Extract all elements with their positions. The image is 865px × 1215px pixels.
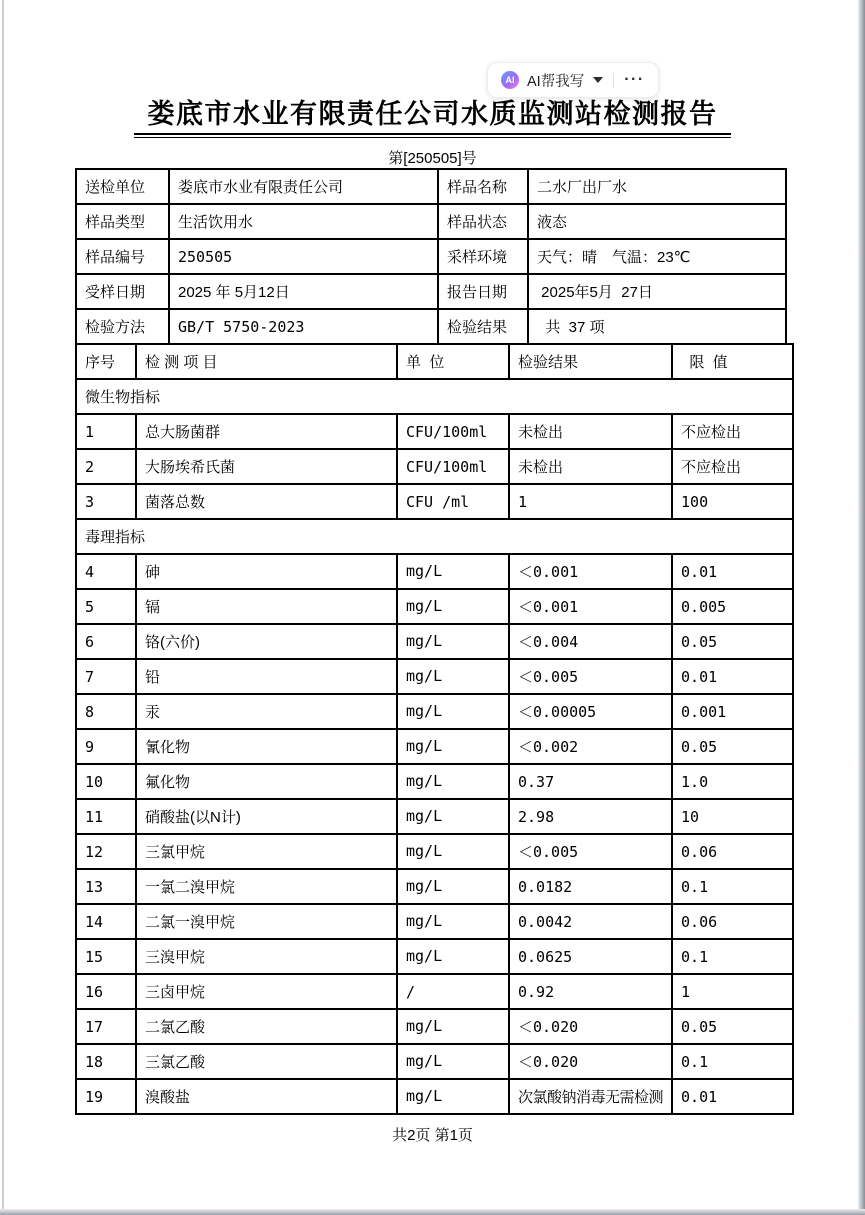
row-number: 5 [76,589,136,624]
info-value: 生活饮用水 [169,204,438,239]
unit: CFU /ml [397,484,509,519]
test-result: ＜0.005 [509,659,672,694]
limit-value: 0.005 [672,589,793,624]
chevron-down-icon[interactable] [593,77,603,83]
item-name: 汞 [136,694,397,729]
info-value: 液态 [528,204,786,239]
limit-value: 1.0 [672,764,793,799]
row-number: 17 [76,1009,136,1044]
result-row: 10氟化物mg/L0.371.0 [76,764,793,799]
unit: mg/L [397,589,509,624]
unit: mg/L [397,554,509,589]
result-row: 13一氯二溴甲烷mg/L0.01820.1 [76,869,793,904]
row-number: 7 [76,659,136,694]
unit: CFU/100ml [397,449,509,484]
info-value: 2025 年 5月12日 [169,274,438,309]
unit: mg/L [397,659,509,694]
item-name: 镉 [136,589,397,624]
test-result: 0.0182 [509,869,672,904]
title-underline [134,133,731,138]
result-row: 1总大肠菌群CFU/100ml未检出不应检出 [76,414,793,449]
section-title: 毒理指标 [76,519,793,554]
limit-value: 0.001 [672,694,793,729]
item-name: 铬(六价) [136,624,397,659]
info-value: 250505 [169,239,438,274]
info-label: 采样环境 [438,239,528,274]
row-number: 11 [76,799,136,834]
row-number: 9 [76,729,136,764]
unit: mg/L [397,869,509,904]
limit-value: 1 [672,974,793,1009]
row-number: 13 [76,869,136,904]
item-name: 溴酸盐 [136,1079,397,1114]
result-row: 4砷mg/L＜0.0010.01 [76,554,793,589]
result-row: 7铅mg/L＜0.0050.01 [76,659,793,694]
result-row: 6铬(六价)mg/L＜0.0040.05 [76,624,793,659]
report-number: 第[250505]号 [0,147,865,168]
row-number: 6 [76,624,136,659]
info-label: 送检单位 [76,169,169,204]
limit-value: 0.1 [672,939,793,974]
test-result: ＜0.002 [509,729,672,764]
test-result: 0.37 [509,764,672,799]
test-result: 0.92 [509,974,672,1009]
info-value: 娄底市水业有限责任公司 [169,169,438,204]
page-edge-left [2,0,4,1215]
row-number: 19 [76,1079,136,1114]
row-number: 10 [76,764,136,799]
result-row: 18三氯乙酸mg/L＜0.0200.1 [76,1044,793,1079]
result-row: 5镉mg/L＜0.0010.005 [76,589,793,624]
item-name: 氟化物 [136,764,397,799]
row-number: 3 [76,484,136,519]
limit-value: 0.05 [672,1009,793,1044]
test-result: ＜0.001 [509,589,672,624]
unit: mg/L [397,694,509,729]
info-label: 受样日期 [76,274,169,309]
results-header-row: 序号检 测 项 目单 位检验结果 限 值 [76,344,793,379]
unit: mg/L [397,1009,509,1044]
info-value: 共 37 项 [528,309,786,344]
limit-value: 10 [672,799,793,834]
test-result: ＜0.005 [509,834,672,869]
test-result: ＜0.020 [509,1009,672,1044]
test-result: 0.0625 [509,939,672,974]
test-result: ＜0.004 [509,624,672,659]
info-value: GB/T 5750-2023 [169,309,438,344]
test-result: 1 [509,484,672,519]
limit-value: 0.06 [672,904,793,939]
report-title: 娄底市水业有限责任公司水质监测站检测报告 [0,98,865,130]
test-result: 未检出 [509,414,672,449]
item-name: 三卤甲烷 [136,974,397,1009]
pill-divider [613,73,614,88]
row-number: 15 [76,939,136,974]
item-name: 氰化物 [136,729,397,764]
col-limit: 限 值 [672,344,793,379]
section-title: 微生物指标 [76,379,793,414]
limit-value: 100 [672,484,793,519]
item-name: 砷 [136,554,397,589]
unit: mg/L [397,1044,509,1079]
item-name: 三溴甲烷 [136,939,397,974]
ai-write-label: AI帮我写 [527,70,584,91]
test-result: ＜0.020 [509,1044,672,1079]
section-row: 微生物指标 [76,379,793,414]
test-result: ＜0.00005 [509,694,672,729]
unit: mg/L [397,799,509,834]
info-label: 报告日期 [438,274,528,309]
row-number: 8 [76,694,136,729]
item-name: 二氯一溴甲烷 [136,904,397,939]
info-label: 样品名称 [438,169,528,204]
result-row: 8汞mg/L＜0.000050.001 [76,694,793,729]
limit-value: 不应检出 [672,414,793,449]
row-number: 1 [76,414,136,449]
col-result: 检验结果 [509,344,672,379]
limit-value: 0.05 [672,729,793,764]
document-page: AI AI帮我写 ··· 娄底市水业有限责任公司水质监测站检测报告 第[2505… [0,98,865,1145]
test-result: 2.98 [509,799,672,834]
limit-value: 0.1 [672,1044,793,1079]
page-footer: 共2页 第1页 [0,1124,865,1145]
unit: CFU/100ml [397,414,509,449]
ai-write-button[interactable]: AI AI帮我写 ··· [487,62,659,98]
unit: mg/L [397,939,509,974]
row-number: 18 [76,1044,136,1079]
item-name: 总大肠菌群 [136,414,397,449]
item-name: 一氯二溴甲烷 [136,869,397,904]
unit: mg/L [397,1079,509,1114]
item-name: 三氯甲烷 [136,834,397,869]
limit-value: 0.01 [672,1079,793,1114]
info-value: 2025年5月 27日 [528,274,786,309]
info-row: 受样日期2025 年 5月12日报告日期 2025年5月 27日 [76,274,786,309]
page-edge-right [858,0,865,1215]
result-row: 9氰化物mg/L＜0.0020.05 [76,729,793,764]
info-row: 样品编号250505采样环境天气：晴 气温：23℃ [76,239,786,274]
row-number: 14 [76,904,136,939]
unit: mg/L [397,904,509,939]
test-result: 次氯酸钠消毒无需检测 [509,1079,672,1114]
limit-value: 0.05 [672,624,793,659]
col-item: 检 测 项 目 [136,344,397,379]
info-value: 二水厂出厂水 [528,169,786,204]
info-label: 样品类型 [76,204,169,239]
limit-value: 0.01 [672,659,793,694]
item-name: 大肠埃希氏菌 [136,449,397,484]
test-result: ＜0.001 [509,554,672,589]
info-row: 样品类型生活饮用水样品状态液态 [76,204,786,239]
result-row: 14二氯一溴甲烷mg/L0.00420.06 [76,904,793,939]
col-unit: 单 位 [397,344,509,379]
section-row: 毒理指标 [76,519,793,554]
limit-value: 0.1 [672,869,793,904]
unit: mg/L [397,729,509,764]
limit-value: 不应检出 [672,449,793,484]
unit: mg/L [397,764,509,799]
result-row: 12三氯甲烷mg/L＜0.0050.06 [76,834,793,869]
info-row: 送检单位娄底市水业有限责任公司样品名称二水厂出厂水 [76,169,786,204]
info-row: 检验方法GB/T 5750-2023检验结果 共 37 项 [76,309,786,344]
page-edge-bottom [0,1209,865,1215]
result-row: 11硝酸盐(以N计)mg/L2.9810 [76,799,793,834]
more-options-icon[interactable]: ··· [624,72,644,88]
result-row: 2大肠埃希氏菌CFU/100ml未检出不应检出 [76,449,793,484]
sample-info-table: 送检单位娄底市水业有限责任公司样品名称二水厂出厂水样品类型生活饮用水样品状态液态… [75,168,787,345]
results-table: 序号检 测 项 目单 位检验结果 限 值微生物指标1总大肠菌群CFU/100ml… [75,343,794,1115]
info-label: 样品状态 [438,204,528,239]
item-name: 菌落总数 [136,484,397,519]
unit: mg/L [397,624,509,659]
item-name: 三氯乙酸 [136,1044,397,1079]
limit-value: 0.06 [672,834,793,869]
row-number: 2 [76,449,136,484]
info-label: 样品编号 [76,239,169,274]
result-row: 16三卤甲烷/0.921 [76,974,793,1009]
unit: / [397,974,509,1009]
info-label: 检验结果 [438,309,528,344]
row-number: 16 [76,974,136,1009]
limit-value: 0.01 [672,554,793,589]
test-result: 未检出 [509,449,672,484]
info-label: 检验方法 [76,309,169,344]
col-no: 序号 [76,344,136,379]
unit: mg/L [397,834,509,869]
result-row: 3菌落总数CFU /ml1100 [76,484,793,519]
row-number: 4 [76,554,136,589]
result-row: 15三溴甲烷mg/L0.06250.1 [76,939,793,974]
item-name: 铅 [136,659,397,694]
result-row: 19溴酸盐mg/L次氯酸钠消毒无需检测0.01 [76,1079,793,1114]
item-name: 硝酸盐(以N计) [136,799,397,834]
result-row: 17二氯乙酸mg/L＜0.0200.05 [76,1009,793,1044]
info-value: 天气：晴 气温：23℃ [528,239,786,274]
row-number: 12 [76,834,136,869]
ai-logo-icon: AI [501,71,519,89]
test-result: 0.0042 [509,904,672,939]
item-name: 二氯乙酸 [136,1009,397,1044]
